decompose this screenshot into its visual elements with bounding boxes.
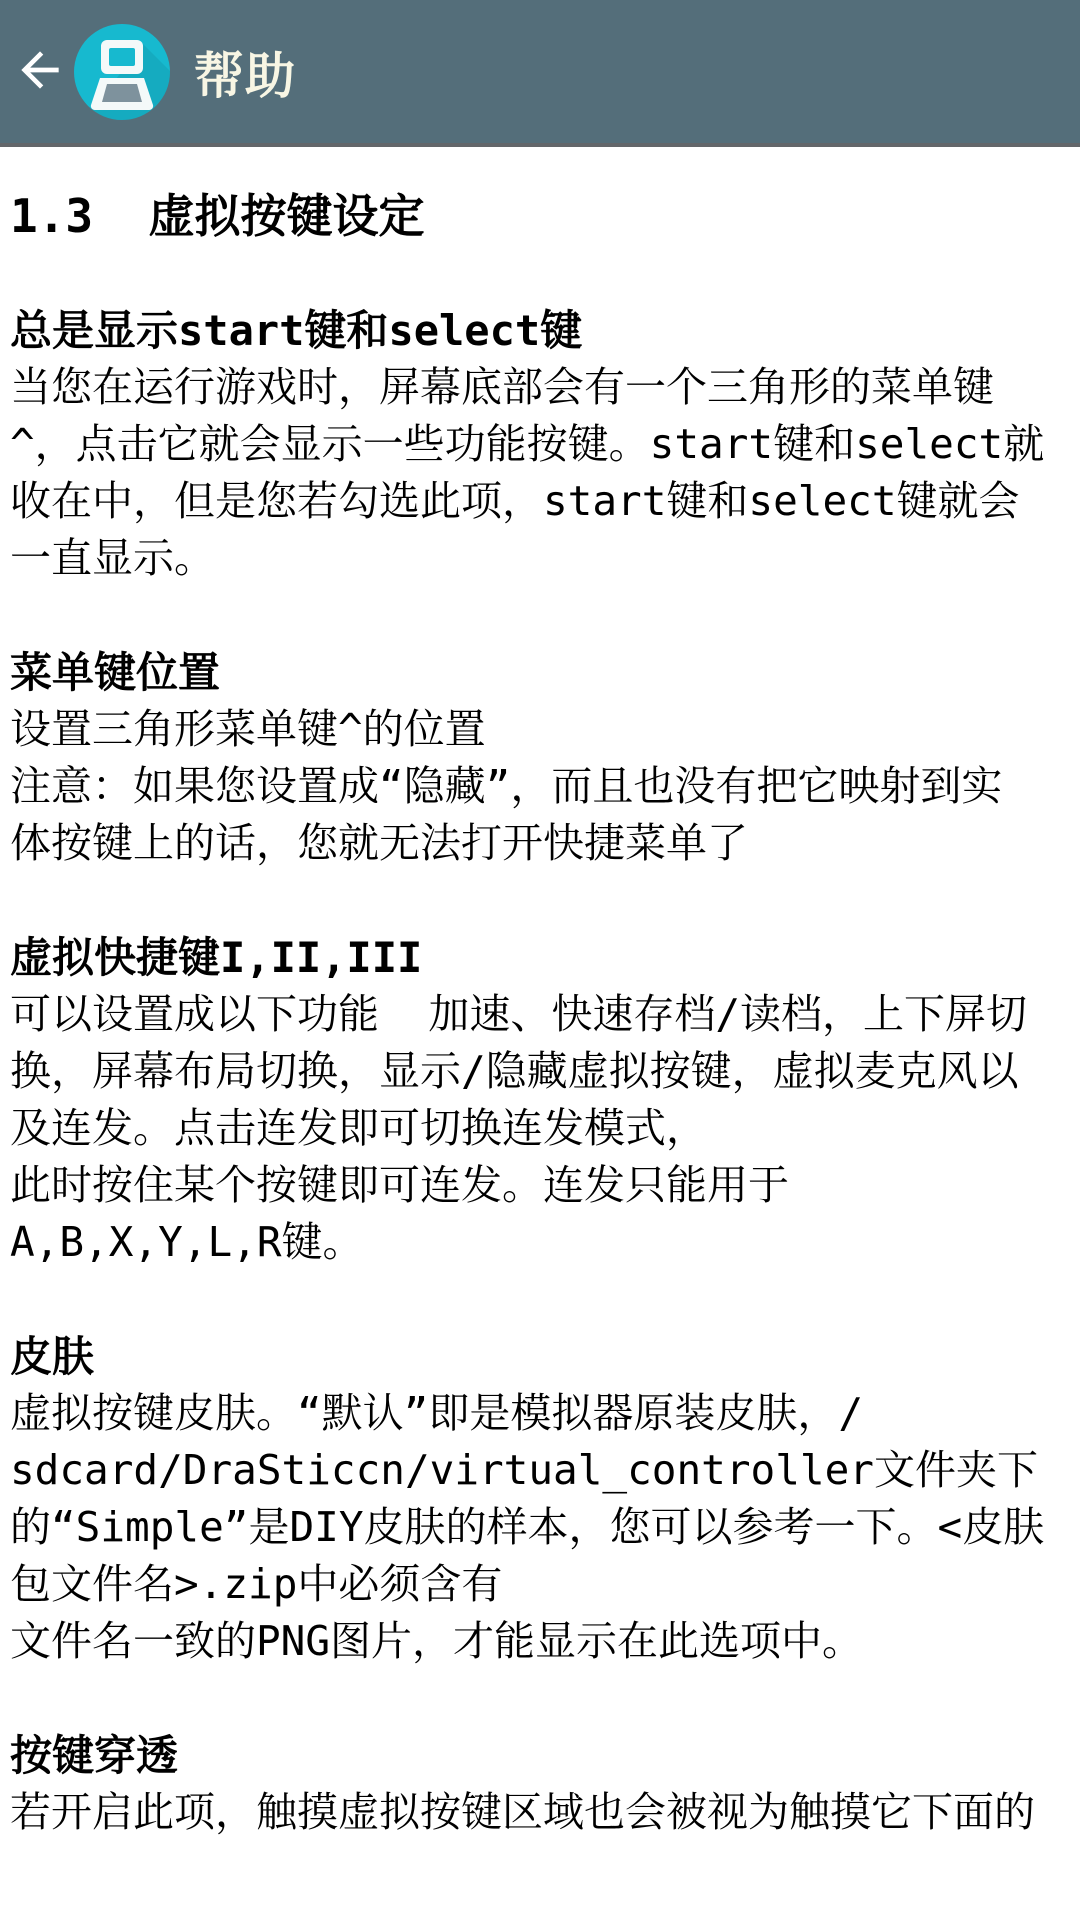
section-heading: 按键穿透 bbox=[10, 1727, 1070, 1784]
app-logo-ds-console-icon bbox=[74, 24, 170, 120]
section-body: 当您在运行游戏时，屏幕底部会有一个三角形的菜单键 ^，点击它就会显示一些功能按键… bbox=[10, 359, 1070, 587]
section-body: 设置三角形菜单键^的位置 注意：如果您设置成“隐藏”，而且也没有把它映射到实 体… bbox=[10, 701, 1070, 872]
help-document[interactable]: 1.3 虚拟按键设定 总是显示start键和select键 当您在运行游戏时，屏… bbox=[0, 187, 1080, 1841]
section-body: 虚拟按键皮肤。“默认”即是模拟器原装皮肤，/ sdcard/DraSticcn/… bbox=[10, 1385, 1070, 1670]
section-button-passthrough: 按键穿透 若开启此项，触摸虚拟按键区域也会被视为触摸它下面的 bbox=[10, 1727, 1070, 1841]
document-title: 1.3 虚拟按键设定 bbox=[10, 187, 1070, 245]
page-title: 帮助 bbox=[194, 36, 296, 108]
section-body: 若开启此项，触摸虚拟按键区域也会被视为触摸它下面的 bbox=[10, 1784, 1070, 1841]
section-body: 可以设置成以下功能 加速、快速存档/读档，上下屏切 换，屏幕布局切换，显示/隐藏… bbox=[10, 986, 1070, 1271]
app-bar: 帮助 bbox=[0, 0, 1080, 143]
section-heading: 菜单键位置 bbox=[10, 644, 1070, 701]
arrow-left-icon bbox=[12, 42, 68, 101]
section-heading: 皮肤 bbox=[10, 1328, 1070, 1385]
section-menu-key-position: 菜单键位置 设置三角形菜单键^的位置 注意：如果您设置成“隐藏”，而且也没有把它… bbox=[10, 644, 1070, 872]
section-heading: 虚拟快捷键I,II,III bbox=[10, 929, 1070, 986]
section-heading: 总是显示start键和select键 bbox=[10, 302, 1070, 359]
section-virtual-shortcut-keys: 虚拟快捷键I,II,III 可以设置成以下功能 加速、快速存档/读档，上下屏切 … bbox=[10, 929, 1070, 1271]
section-always-show-start-select: 总是显示start键和select键 当您在运行游戏时，屏幕底部会有一个三角形的… bbox=[10, 302, 1070, 587]
section-skin: 皮肤 虚拟按键皮肤。“默认”即是模拟器原装皮肤，/ sdcard/DraStic… bbox=[10, 1328, 1070, 1670]
back-button[interactable] bbox=[8, 24, 72, 120]
